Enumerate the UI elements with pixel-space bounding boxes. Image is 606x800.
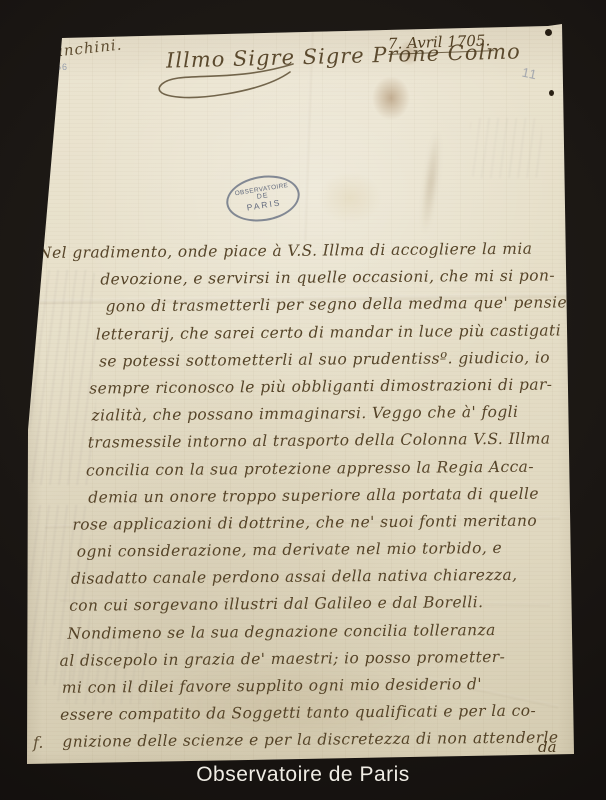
letter-line: Nondimeno se la sua degnazione concilia … bbox=[67, 620, 569, 652]
letter-line: con cui sorgevano illustri dal Galileo e… bbox=[69, 593, 569, 625]
letter-line: se potessi sottometterli al suo prudenti… bbox=[99, 348, 567, 379]
letter-line: trasmessile intorno al trasporto della C… bbox=[88, 430, 568, 461]
stamp-line: PARIS bbox=[246, 199, 282, 214]
blotch bbox=[318, 172, 382, 224]
letter-line: disadatto canale perdono assai della nat… bbox=[71, 566, 569, 598]
ink-streak bbox=[418, 130, 445, 236]
letter-line: letterarij, che sarei certo di mandar in… bbox=[96, 321, 567, 352]
observatoire-de-paris-stamp: OBSERVATOIRE DE PARIS bbox=[223, 170, 303, 226]
pin-hole bbox=[549, 90, 554, 96]
catchword: da bbox=[538, 738, 557, 756]
letter-date: 7. Avril 1705. bbox=[388, 31, 495, 55]
letter-line: devozione, e servirsi in quelle occasion… bbox=[100, 267, 566, 298]
shelfmark-annotation: B473. 56 bbox=[24, 62, 68, 72]
letter-line: zialità, che possano immaginarsi. Veggo … bbox=[91, 403, 567, 434]
photo-caption: Observatoire de Paris bbox=[0, 763, 606, 787]
archivist-name-annotation: Bianchini. bbox=[35, 36, 123, 63]
letter-line: gnizione delle scienze e per la discrete… bbox=[62, 729, 570, 761]
letter-line: demia un onore troppo superiore alla por… bbox=[88, 484, 568, 515]
letter-page: Bianchini. B473. 56 11 Illmo Sigre Sigre… bbox=[0, 0, 606, 800]
letter-body: Nel gradimento, onde piace à V.S. Illma … bbox=[38, 239, 570, 760]
verso-showthrough bbox=[470, 118, 542, 178]
foxing-stain bbox=[372, 76, 410, 120]
letter-line: rose applicazioni di dottrine, che ne' s… bbox=[72, 511, 568, 543]
letter-line: gono di trasmetterli per segno della med… bbox=[105, 294, 566, 325]
pin-hole bbox=[545, 29, 552, 36]
filing-mark: f. bbox=[33, 733, 43, 752]
letter-line: ogni considerazione, ma derivate nel mio… bbox=[77, 538, 569, 569]
folio-number: 11 bbox=[521, 65, 539, 83]
letter-line: concilia con la sua protezione appresso … bbox=[86, 457, 568, 488]
letter-line: sempre riconosco le più obbliganti dimos… bbox=[89, 375, 567, 406]
photo-backdrop: Bianchini. B473. 56 11 Illmo Sigre Sigre… bbox=[0, 0, 606, 800]
